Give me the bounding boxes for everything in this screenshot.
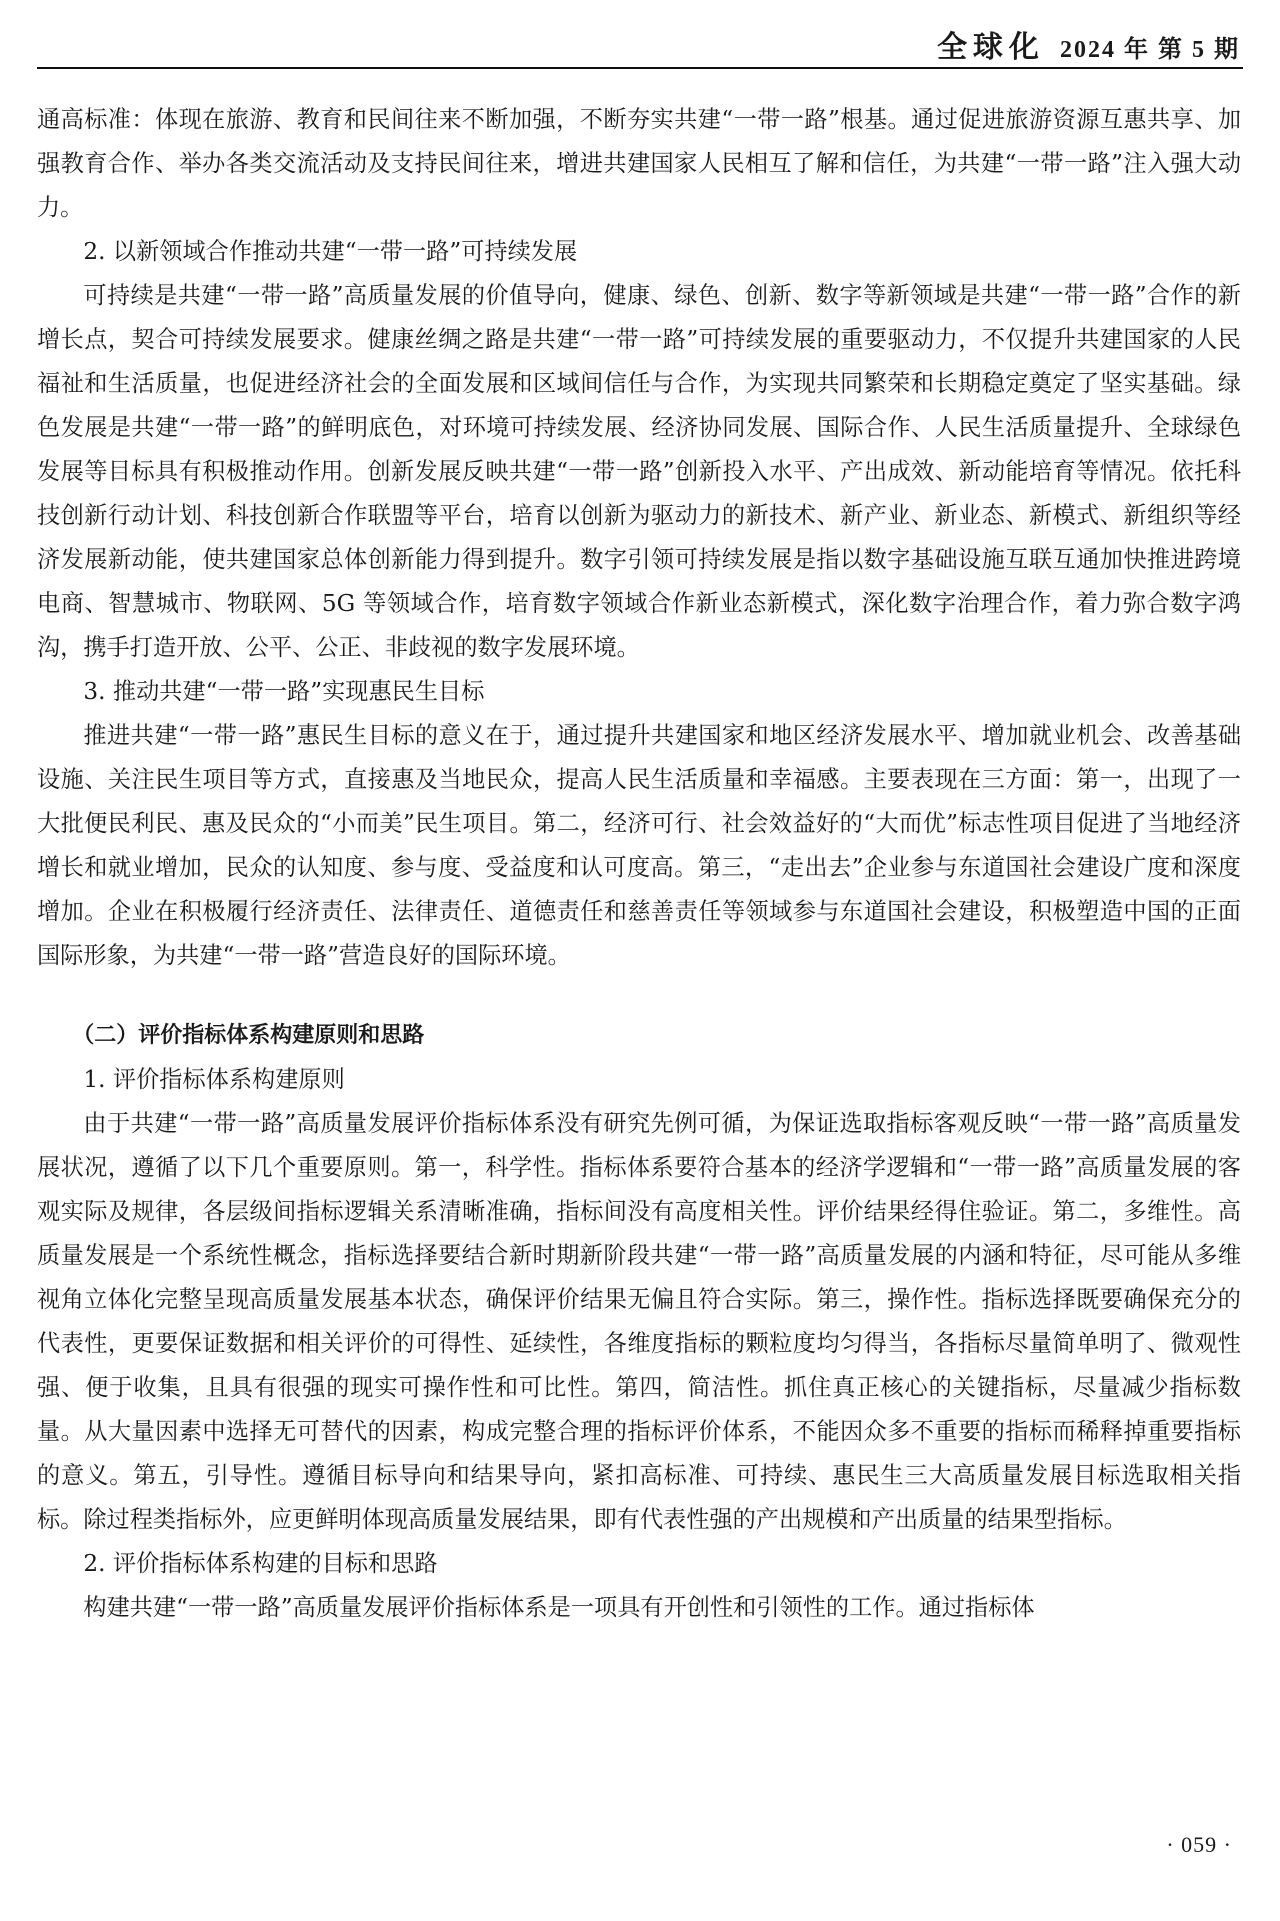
issue-label: 2024 年 第 5 期 [1060,37,1240,63]
header-rule [37,67,1243,69]
subheading-goals-and-approach: 2. 评价指标体系构建的目标和思路 [37,1542,1241,1586]
paragraph-construction-principles: 由于共建“一带一路”高质量发展评价指标体系没有研究先例可循，为保证选取指标客观反… [37,1102,1241,1542]
article-body: 通高标准：体现在旅游、教育和民间往来不断加强，不断夯实共建“一带一路”根基。通过… [37,98,1241,1630]
paragraph-goals-and-approach: 构建共建“一带一路”高质量发展评价指标体系是一项具有开创性和引领性的工作。通过指… [37,1586,1241,1630]
running-head: 全球化 2024 年 第 5 期 [937,22,1240,66]
journal-title: 全球化 [937,30,1045,65]
subheading-livelihood-goals: 3. 推动共建“一带一路”实现惠民生目标 [37,670,1241,714]
paragraph-livelihood-goals: 推进共建“一带一路”惠民生目标的意义在于，通过提升共建国家和地区经济发展水平、增… [37,714,1241,978]
page-number: · 059 · [1166,1832,1232,1858]
paragraph-sustainable-development: 可持续是共建“一带一路”高质量发展的价值导向，健康、绿色、创新、数字等新领域是共… [37,274,1241,670]
subheading-sustainable-development: 2. 以新领域合作推动共建“一带一路”可持续发展 [37,230,1241,274]
section-heading-evaluation-principles: （二）评价指标体系构建原则和思路 [37,1014,1241,1058]
paragraph-continued: 通高标准：体现在旅游、教育和民间往来不断加强，不断夯实共建“一带一路”根基。通过… [37,98,1241,230]
subheading-construction-principles: 1. 评价指标体系构建原则 [37,1058,1241,1102]
